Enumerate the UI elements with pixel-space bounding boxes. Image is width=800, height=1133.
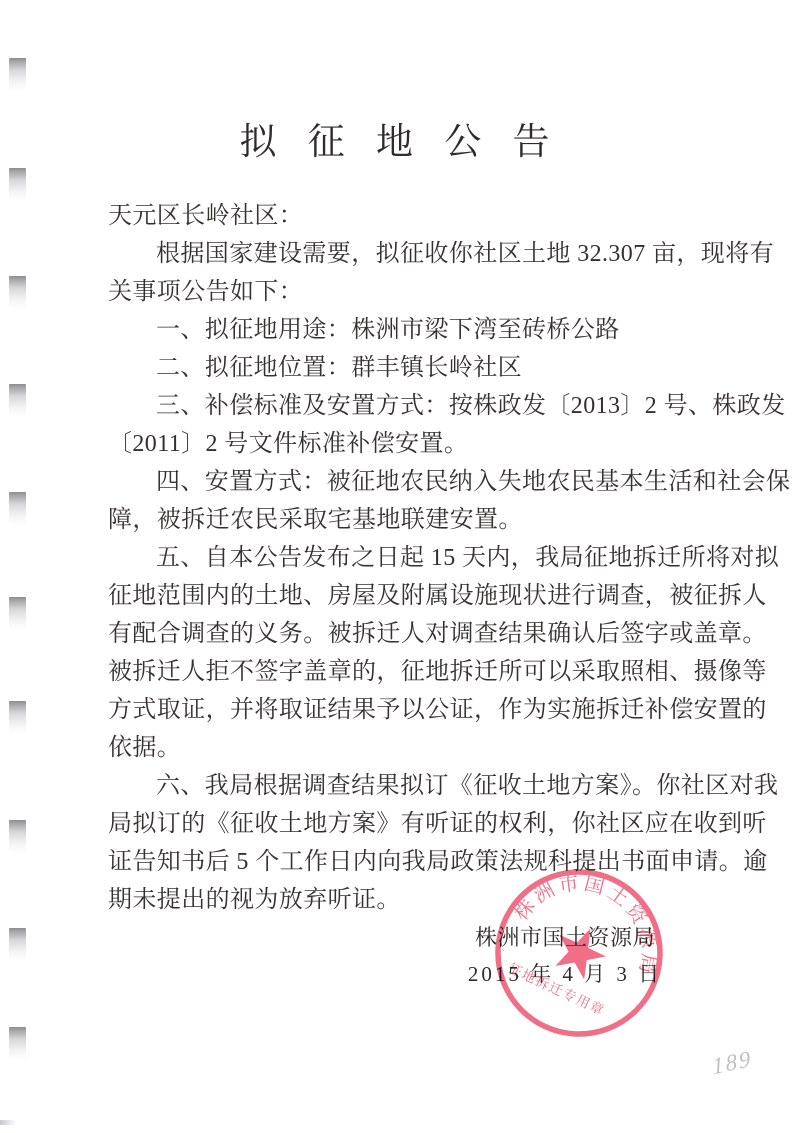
binding-mark [9,701,26,734]
seal-group: 株洲市国土资源局 征地拆迁专用章 [479,853,679,1053]
scanned-notice-page: 拟 征 地 公 告 天元区长岭社区：根据国家建设需要，拟征收你社区土地 32.3… [0,0,800,1133]
body-line: 关事项公告如下： [108,273,770,311]
body-line: 三、补偿标准及安置方式：按株政发〔2013〕2 号、株政发 [108,387,770,425]
binding-mark [9,384,26,417]
binding-mark [9,820,26,853]
binding-mark [9,276,26,309]
body-line: 四、安置方式：被征地农民纳入失地农民基本生活和社会保 [108,463,770,501]
body-line: 一、拟征地用途：株洲市梁下湾至砖桥公路 [108,311,770,349]
body-line: 天元区长岭社区： [108,197,770,235]
binding-mark [9,168,26,201]
body-line: 依据。 [108,729,770,767]
body-line: 有配合调查的义务。被拆迁人对调查结果确认后签字或盖章。 [108,615,770,653]
binding-mark [9,597,26,630]
body-line: 方式取证，并将取证结果予以公证，作为实施拆迁补偿安置的 [108,691,770,729]
body-line: 根据国家建设需要，拟征收你社区土地 32.307 亩，现将有 [108,235,770,273]
body-line: 障，被拆迁农民采取宅基地联建安置。 [108,501,770,539]
scan-artifact [0,1120,16,1125]
binding-mark [9,492,26,525]
notice-title: 拟 征 地 公 告 [0,111,800,165]
handwritten-page-number: 189 [711,1046,753,1080]
body-line: 〔2011〕2 号文件标准补偿安置。 [108,425,770,463]
star-icon [546,918,613,984]
binding-mark [9,928,26,961]
notice-body: 天元区长岭社区：根据国家建设需要，拟征收你社区土地 32.307 亩，现将有关事… [108,197,770,919]
body-line: 征地范围内的土地、房屋及附属设施现状进行调查，被征拆人 [108,577,770,615]
body-line: 被拆迁人拒不签字盖章的，征地拆迁所可以采取照相、摄像等 [108,653,770,691]
body-line: 二、拟征地位置：群丰镇长岭社区 [108,349,770,387]
binding-mark [9,58,26,91]
official-seal: 株洲市国土资源局 征地拆迁专用章 [479,853,679,1053]
body-line: 五、自本公告发布之日起 15 天内，我局征地拆迁所将对拟 [108,539,770,577]
body-line: 六、我局根据调查结果拟订《征收土地方案》。你社区对我 [108,767,770,805]
binding-mark [9,1027,26,1060]
body-line: 局拟订的《征收土地方案》有听证的权利，你社区应在收到听 [108,805,770,843]
